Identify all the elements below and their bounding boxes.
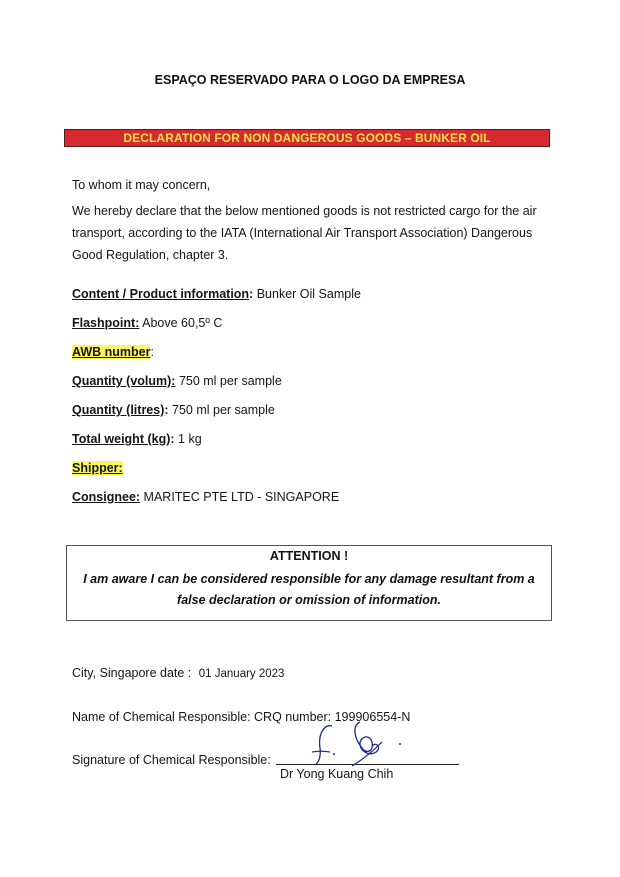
field-label: Quantity (litres): [72, 403, 164, 417]
field-label: Total weight (kg): [72, 432, 170, 446]
field-row: Total weight (kg): 1 kg: [72, 432, 202, 446]
field-value: MARITEC PTE LTD - SINGAPORE: [140, 490, 339, 504]
city-date-label: City, Singapore date :: [72, 666, 191, 680]
city-date-line: City, Singapore date : 01 January 2023: [72, 666, 284, 680]
field-row: Flashpoint: Above 60,5º C: [72, 316, 222, 330]
declaration-title-banner: DECLARATION FOR NON DANGEROUS GOODS – BU…: [64, 129, 550, 147]
signatory-name: Dr Yong Kuang Chih: [280, 767, 393, 781]
field-label: Flashpoint:: [72, 316, 139, 330]
field-row: Consignee: MARITEC PTE LTD - SINGAPORE: [72, 490, 339, 504]
field-value: 750 ml per sample: [175, 374, 281, 388]
field-label: Shipper:: [72, 461, 123, 475]
field-row: Content / Product information: Bunker Oi…: [72, 287, 361, 301]
attention-line-2: false declaration or omission of informa…: [67, 590, 551, 611]
attention-title: ATTENTION !: [67, 549, 551, 563]
field-row: Shipper:: [72, 461, 123, 475]
attention-box: ATTENTION ! I am aware I can be consider…: [66, 545, 552, 621]
company-logo-placeholder: ESPAÇO RESERVADO PARA O LOGO DA EMPRESA: [0, 73, 620, 87]
field-label: AWB number: [72, 345, 150, 359]
field-row: AWB number:: [72, 345, 154, 359]
field-value: 750 ml per sample: [169, 403, 275, 417]
signature-icon: [310, 718, 410, 768]
field-label: Consignee:: [72, 490, 140, 504]
field-value: Bunker Oil Sample: [253, 287, 361, 301]
field-label: Content / Product information: [72, 287, 249, 301]
field-row: Quantity (litres): 750 ml per sample: [72, 403, 275, 417]
attention-statement: I am aware I can be considered responsib…: [67, 569, 551, 611]
field-separator: :: [150, 345, 153, 359]
greeting: To whom it may concern,: [72, 178, 210, 192]
field-value: 1 kg: [175, 432, 202, 446]
attention-line-1: I am aware I can be considered responsib…: [67, 569, 551, 590]
declaration-paragraph: We hereby declare that the below mention…: [72, 200, 552, 266]
signature-label: Signature of Chemical Responsible:: [72, 753, 271, 767]
date-value: 01 January 2023: [199, 668, 285, 680]
field-row: Quantity (volum): 750 ml per sample: [72, 374, 282, 388]
field-label: Quantity (volum):: [72, 374, 175, 388]
field-value: Above 60,5º C: [139, 316, 222, 330]
